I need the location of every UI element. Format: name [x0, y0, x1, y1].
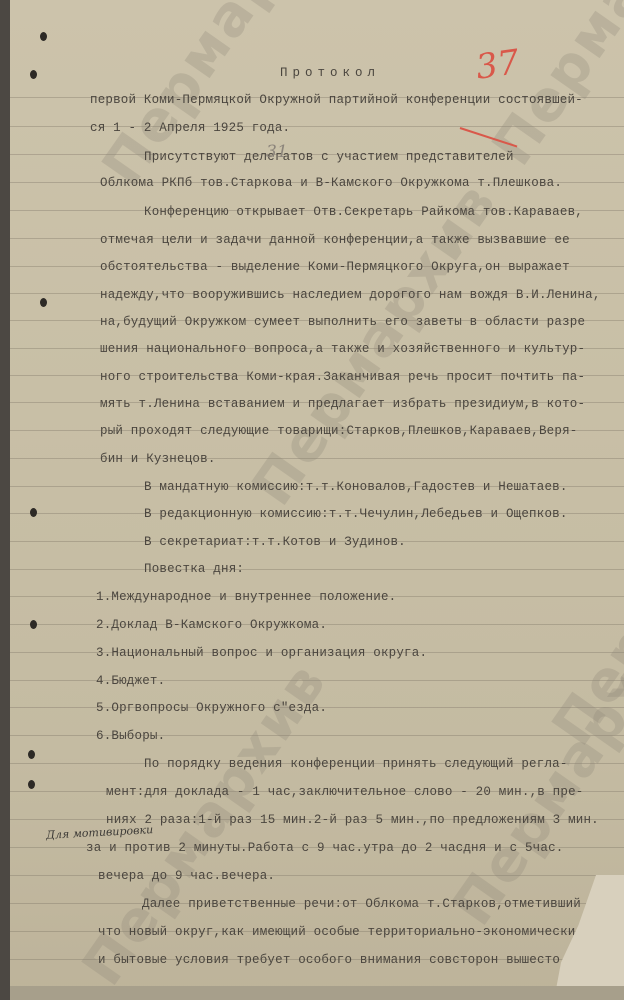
text-line: Далее приветственные речи:от Облкома т.С…	[142, 897, 581, 911]
text-line: первой Коми-Пермяцкой Окружной партийной…	[90, 93, 583, 107]
text-line: на,будущий Окружком сумеет выполнить его…	[100, 315, 585, 329]
text-line: что новый округ,как имеющий особые терри…	[98, 925, 575, 939]
punch-hole	[28, 750, 35, 759]
handwritten-margin-note: Для мотивировки	[46, 823, 154, 842]
archive-watermark: Пермархив	[540, 411, 624, 757]
text-line: и бытовые условия требует особого вниман…	[98, 953, 560, 967]
text-line: ного строительства Коми-края.Заканчивая …	[100, 370, 585, 384]
text-line: Облкома РКПб тов.Старкова и В-Камского О…	[100, 176, 562, 190]
agenda-item: 4.Бюджет.	[96, 674, 165, 688]
text-line: Присутствуют делегатов с участием предст…	[144, 150, 514, 164]
archival-document-page: Пермархив Пермархив Пермархив Пермархив …	[10, 0, 624, 1000]
red-page-number: 37	[473, 42, 521, 88]
commission-line: В мандатную комиссию:т.т.Коновалов,Гадос…	[144, 480, 568, 494]
punch-hole	[28, 780, 35, 789]
text-line: шения национального вопроса,а также и хо…	[100, 342, 585, 356]
red-underline-stroke	[460, 127, 518, 147]
ruled-line	[10, 569, 624, 570]
commission-line: В секретариат:т.т.Котов и Зудинов.	[144, 535, 406, 549]
commission-line: В редакционную комиссию:т.т.Чечулин,Лебе…	[144, 507, 568, 521]
punch-hole	[30, 508, 37, 517]
pencil-delegate-count: 31	[266, 142, 288, 162]
text-line: вечера до 9 час.вечера.	[98, 869, 275, 883]
text-line: за и против 2 минуты.Работа с 9 час.утра…	[86, 841, 563, 855]
text-line: бин и Кузнецов.	[100, 452, 216, 466]
agenda-item: 5.Оргвопросы Окружного с"езда.	[96, 701, 327, 715]
torn-bottom-edge	[10, 986, 624, 1000]
document-title: Протокол	[280, 66, 380, 80]
text-line: рый проходят следующие товарищи:Старков,…	[100, 424, 577, 438]
text-line: мент:для доклада - 1 час,заключительное …	[106, 785, 583, 799]
document-binding-edge	[0, 0, 10, 1000]
text-line: обстоятельства - выделение Коми-Пермяцко…	[100, 260, 570, 274]
agenda-item: 6.Выборы.	[96, 729, 165, 743]
text-line: ниях 2 раза:1-й раз 15 мин.2-й раз 5 мин…	[106, 813, 599, 827]
agenda-item: 1.Международное и внутреннее положение.	[96, 590, 396, 604]
punch-hole	[40, 298, 47, 307]
punch-hole	[30, 620, 37, 629]
text-line: мять т.Ленина вставанием и предлагает из…	[100, 397, 585, 411]
text-line: По порядку ведения конференции принять с…	[144, 757, 568, 771]
agenda-item: 2.Доклад В-Камского Окружкома.	[96, 618, 327, 632]
punch-hole	[30, 70, 37, 79]
text-line: Конференцию открывает Отв.Секретарь Райк…	[144, 205, 583, 219]
agenda-heading: Повестка дня:	[144, 562, 244, 576]
text-line: ся 1 - 2 Апреля 1925 года.	[90, 121, 290, 135]
text-line: отмечая цели и задачи данной конференции…	[100, 233, 570, 247]
agenda-item: 3.Национальный вопрос и организация окру…	[96, 646, 427, 660]
text-line: надежду,что вооружившись наследием дорог…	[100, 288, 601, 302]
punch-hole	[40, 32, 47, 41]
